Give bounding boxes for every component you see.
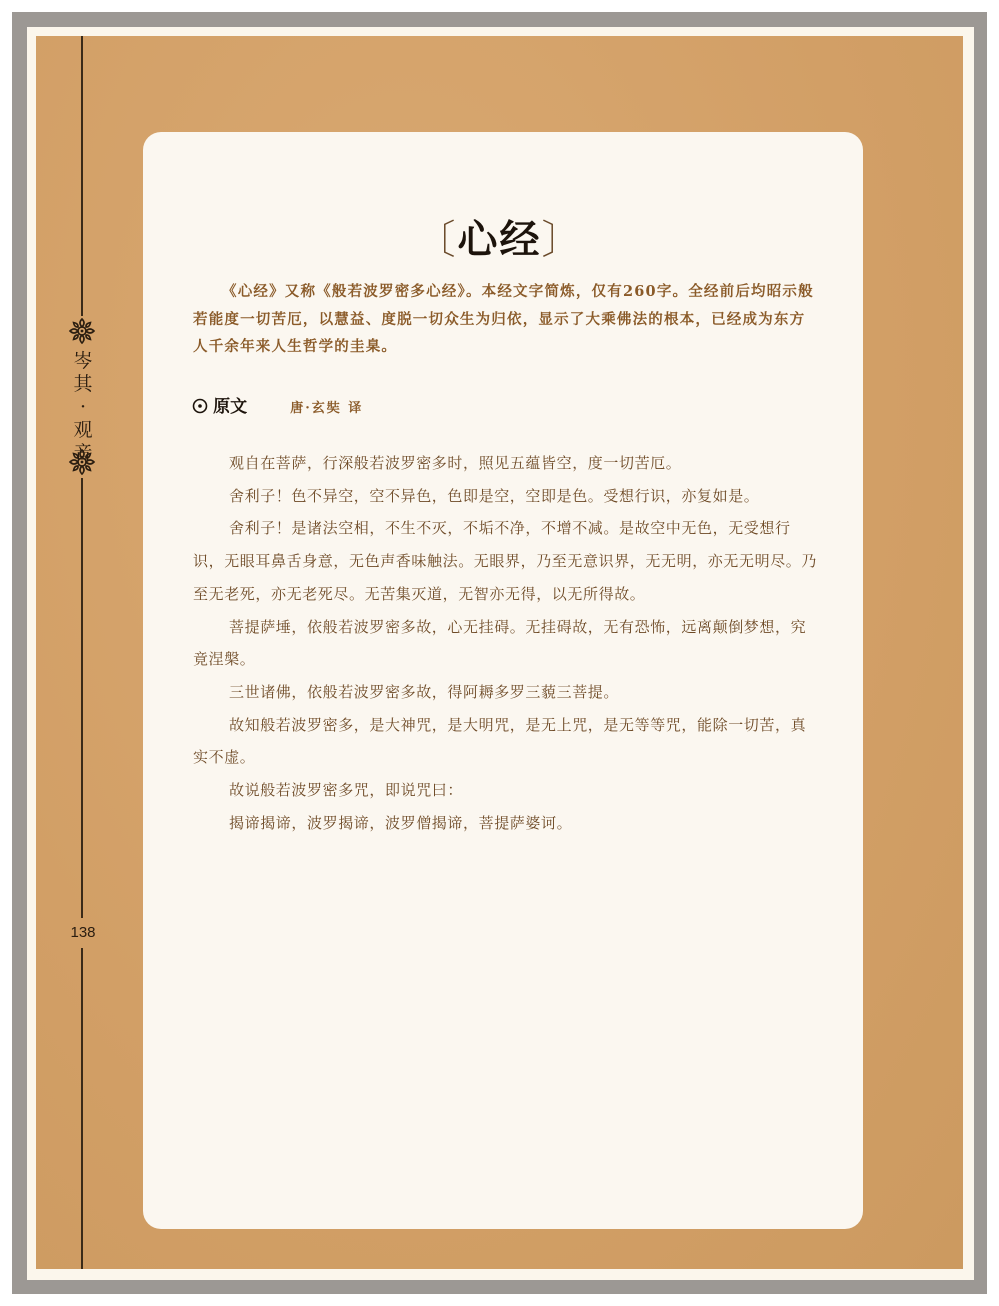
section-label: 原文 xyxy=(213,397,247,417)
margin-rule-bottom xyxy=(81,948,83,1269)
scripture-paragraph: 菩提萨埵，依般若波罗密多故，心无挂碍。无挂碍故，无有恐怖，远离颠倒梦想，究竟涅槃… xyxy=(193,611,820,676)
section-heading: 原文 唐·玄奘 译 xyxy=(192,392,363,417)
margin-rule-middle xyxy=(81,478,83,918)
margin-rule-top xyxy=(81,36,83,316)
title-bracket-open: 〔 xyxy=(416,217,458,263)
translator-credit: 唐·玄奘 译 xyxy=(290,401,363,416)
scripture-paragraph: 舍利子！是诸法空相，不生不灭，不垢不净，不增不减。是故空中无色，无受想行识，无眼… xyxy=(193,512,820,610)
scripture-paragraph: 故知般若波罗密多，是大神咒，是大明咒，是无上咒，是无等等咒，能除一切苦，真实不虚… xyxy=(193,709,820,774)
title-bracket-close: 〕 xyxy=(542,217,584,263)
scripture-text: 观自在菩萨，行深般若波罗密多时，照见五蕴皆空，度一切苦厄。 舍利子！色不异空，空… xyxy=(193,447,820,839)
running-title-char: 其 xyxy=(70,373,96,396)
lotus-flower-icon xyxy=(67,447,97,477)
title-text: 心经 xyxy=(458,216,542,263)
scripture-paragraph: 故说般若波罗密多咒，即说咒曰： xyxy=(193,774,820,807)
running-title-char: 观 xyxy=(70,419,96,442)
scripture-paragraph: 揭谛揭谛，波罗揭谛，波罗僧揭谛，菩提萨婆诃。 xyxy=(193,807,820,840)
article-intro: 《心经》又称《般若波罗密多心经》。本经文字简炼，仅有260字。全经前后均昭示般若… xyxy=(193,278,820,361)
scripture-paragraph: 观自在菩萨，行深般若波罗密多时，照见五蕴皆空，度一切苦厄。 xyxy=(193,447,820,480)
circled-dot-icon xyxy=(192,398,208,414)
page-number: 138 xyxy=(66,924,100,941)
scripture-paragraph: 三世诸佛，依般若波罗密多故，得阿耨多罗三藐三菩提。 xyxy=(193,676,820,709)
running-title-char: · xyxy=(70,396,96,419)
scripture-paragraph: 舍利子！色不异空，空不异色，色即是空，空即是色。受想行识，亦复如是。 xyxy=(193,480,820,513)
article-title: 〔心经〕 xyxy=(0,208,999,265)
lotus-flower-icon xyxy=(67,316,97,346)
running-title-char: 岑 xyxy=(70,350,96,373)
